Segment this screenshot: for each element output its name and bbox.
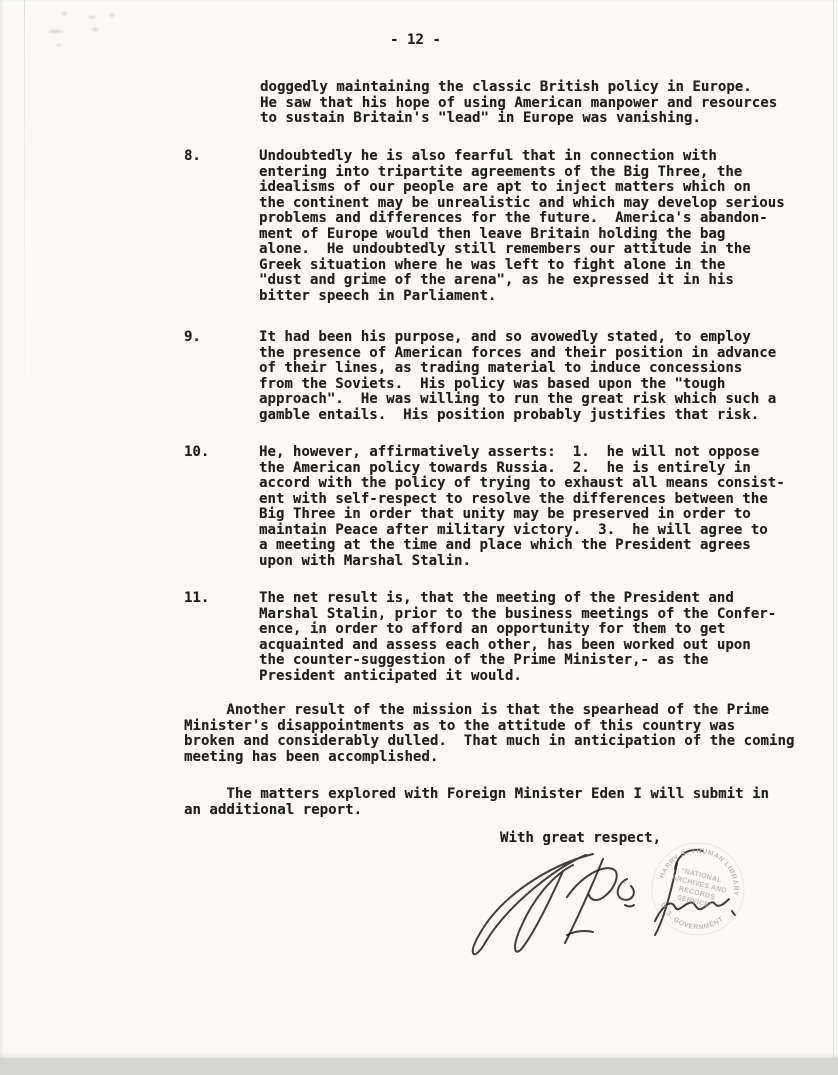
paragraph-matters-explored: The matters explored with Foreign Minist… xyxy=(184,787,769,818)
item-body: The net result is, that the meeting of t… xyxy=(259,591,776,684)
item-body: It had been his purpose, and so avowedly… xyxy=(259,330,776,423)
paragraph-continuation: doggedly maintaining the classic British… xyxy=(260,80,777,127)
pencil-smudge xyxy=(48,30,62,33)
item-number: 9. xyxy=(184,330,201,346)
paper-crease-left xyxy=(24,0,25,420)
document-page: - 12 - doggedly maintaining the classic … xyxy=(0,0,838,1058)
item-number: 10. xyxy=(184,445,209,461)
pencil-smudge xyxy=(62,12,67,15)
svg-text:U. S. GOVERNMENT: U. S. GOVERNMENT xyxy=(655,900,726,938)
pencil-smudge xyxy=(92,28,98,31)
pencil-smudge xyxy=(56,44,61,46)
item-body: He, however, affirmatively asserts: 1. h… xyxy=(259,445,785,569)
item-number: 8. xyxy=(184,149,201,165)
pencil-smudge xyxy=(110,14,114,17)
item-number: 11. xyxy=(184,591,209,607)
paragraph-another-result: Another result of the mission is that th… xyxy=(184,703,794,765)
item-body: Undoubtedly he is also fearful that in c… xyxy=(259,149,785,304)
paper-crease-right xyxy=(833,0,834,1058)
archive-stamp: HARRY S. TRUMAN LIBRARY U. S. GOVERNMENT… xyxy=(633,824,763,954)
stamp-arc-bottom: U. S. GOVERNMENT xyxy=(655,900,726,938)
page-number: - 12 - xyxy=(390,33,441,49)
pencil-smudge xyxy=(88,16,96,18)
scanned-document: - 12 - doggedly maintaining the classic … xyxy=(0,0,838,1075)
